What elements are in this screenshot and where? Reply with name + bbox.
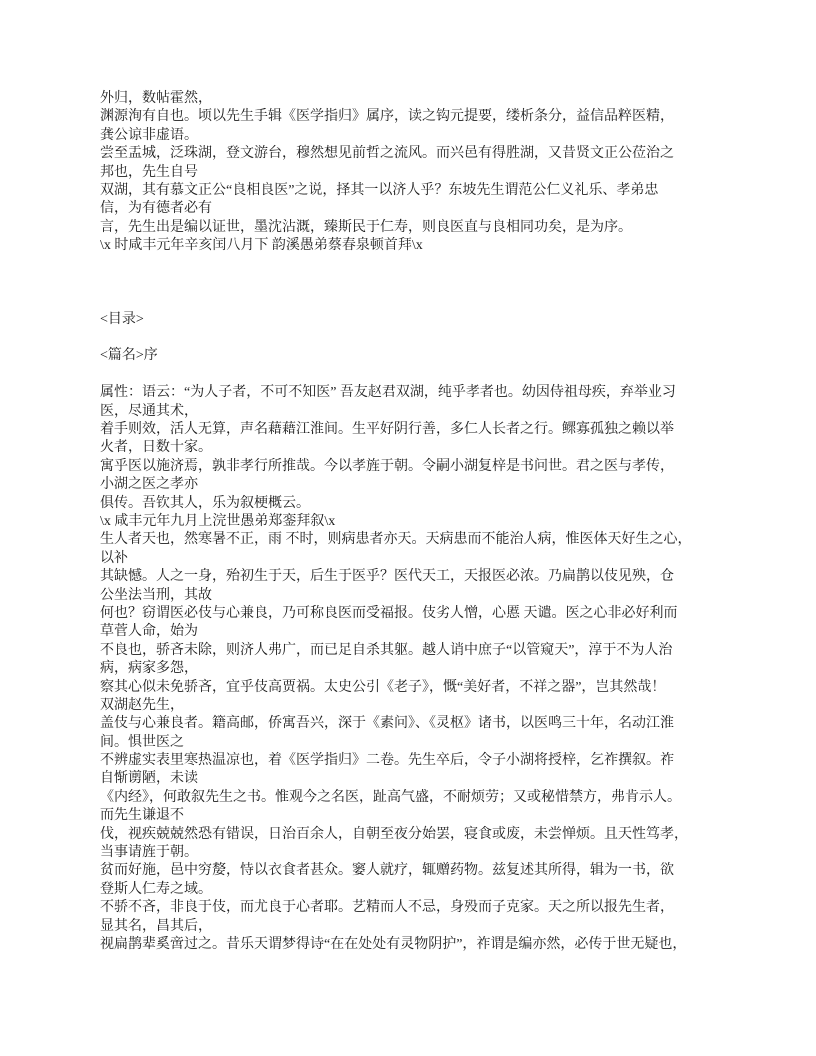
text-line: 公坐法当刑，其故 [100,587,740,605]
text-line: 尝至盂城，泛珠湖，登文游台，穆然想见前哲之流风。而兴邑有得胜湖，又昔贤文正公莅治… [100,145,740,163]
text-line: 自惭谫陋，未读 [100,770,740,788]
text-line: 草菅人命，始为 [100,623,740,641]
text-line: 小湖之医之孝亦 [100,476,740,494]
text-line: 寓乎医以施济焉，孰非孝行所推哉。今以孝旌于朝。令嗣小湖复梓是书问世。君之医与孝传… [100,458,740,476]
text-line: 伐，视疾兢兢然恐有错误，日治百余人，自朝至夜分始罢，寝食或废，未尝惮烦。且天性笃… [100,826,740,844]
toc-marker: <目录> [100,311,740,329]
text-line: 龚公谅非虚语。 [100,127,740,145]
text-line: 不辨虚实表里寒热温凉也，着《医学指归》二卷。先生卒后，令子小湖将授梓，乞祚撰叙。… [100,752,740,770]
text-block: 外归，数帖霍然， 渊源洵有自也。顷以先生手辑《医学指归》属序，读之钩元提要，缕析… [100,90,740,954]
text-line: 《内经》，何敢叙先生之书。惟观今之名医，趾高气盛，不耐烦劳；又或秘惜禁方，弗肯示… [100,789,740,807]
text-line: 邦也，先生自号 [100,164,740,182]
text-line: 医，尽通其术， [100,403,740,421]
text-line: 外归，数帖霍然， [100,90,740,108]
text-line: 显其名，昌其后， [100,918,740,936]
text-line: 何也？窃谓医必伎与心兼良，乃可称良医而受福报。伎劣人憎，心慝 天谴。医之心非必好… [100,605,740,623]
text-line: 察其心似未免骄吝，宜乎伎高贾祸。太史公引《老子》，慨“美好者，不祥之器”，岂其然… [100,679,740,697]
blank-line [100,256,740,274]
text-line: 信，为有德者必有 [100,200,740,218]
text-line: 视扁鹊辈奚啻过之。昔乐天谓梦得诗“在在处处有灵物阴护”，祚谓是编亦然，必传于世无… [100,936,740,954]
signature-line: \x 咸丰元年九月上浣世愚弟郑銮拜叙\x [100,513,740,531]
text-line: 属性：语云：“为人子者，不可不知医” 吾友赵君双湖，纯乎孝者也。幼因侍祖母疾，弃… [100,384,740,402]
text-line: 渊源洵有自也。顷以先生手辑《医学指归》属序，读之钩元提要，缕析条分，益信品粹医精… [100,108,740,126]
text-line: 双湖赵先生， [100,697,740,715]
text-line: 不骄不吝，非良于伎，而尤良于心者耶。艺精而人不忌，身殁而子克家。天之所以报先生者… [100,899,740,917]
text-line: 病，病家多怨， [100,660,740,678]
text-line: 着手则效，活人无算，声名藉藉江淮间。生平好阴行善，多仁人长者之行。鳏寡孤独之赖以… [100,421,740,439]
text-line: 当事请旌于朝。 [100,844,740,862]
text-line: 贫而好施，邑中穷嫠，恃以衣食者甚众。窭人就疗，辄赠药物。兹复述其所得，辑为一书，… [100,862,740,880]
blank-line [100,292,740,310]
text-line: 登斯人仁寿之域。 [100,881,740,899]
text-line: 而先生谦退不 [100,807,740,825]
text-line: 俱传。吾钦其人，乐为叙梗概云。 [100,495,740,513]
text-line: 生人者天也，然寒暑不正，雨 不时，则病患者亦天。天病患而不能治人病，惟医体天好生… [100,531,740,549]
blank-line [100,274,740,292]
text-line: 火者，日数十家。 [100,439,740,457]
signature-line: \x 时咸丰元年辛亥闰八月下 韵溪愚弟蔡春泉顿首拜\x [100,237,740,255]
text-line: 以补 [100,550,740,568]
document-page: 外归，数帖霍然， 渊源洵有自也。顷以先生手辑《医学指归》属序，读之钩元提要，缕析… [0,0,816,1056]
text-line: 言，先生出是编以证世，墨沈沾溉，臻斯民于仁寿，则良医直与良相同功矣，是为序。 [100,219,740,237]
chapter-marker: <篇名>序 [100,347,740,365]
blank-line [100,366,740,384]
text-line: 盖伎与心兼良者。籍高邮，侨寓吾兴，深于《素问》、《灵枢》诸书，以医鸣三十年，名动… [100,715,740,733]
blank-line [100,329,740,347]
text-line: 间。惧世医之 [100,734,740,752]
text-line: 不良也，骄吝未除，则济人弗广，而已足自杀其躯。越人诮中庶子“以管窥天”，淳于不为… [100,642,740,660]
text-line: 其缺憾。人之一身，殆初生于天，后生于医乎？医代天工，天报医必浓。乃扁鹊以伎见殃，… [100,568,740,586]
text-line: 双湖，其有慕文正公“良相良医”之说，择其一以济人乎？东坡先生谓范公仁义礼乐、孝弟… [100,182,740,200]
